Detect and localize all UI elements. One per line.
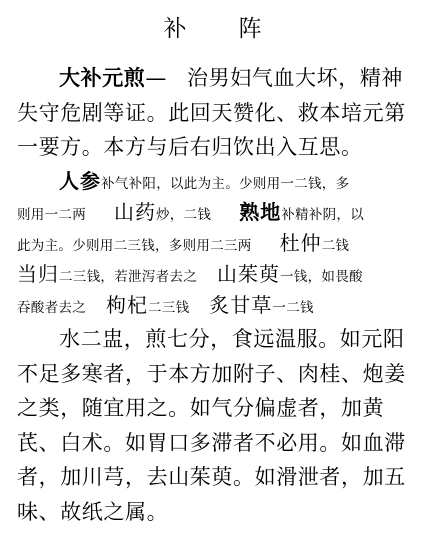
ingredient-line-4: 当归二三钱，若泄泻者去之山茱萸一钱，如畏酸 bbox=[17, 260, 363, 291]
ingredient-name: 当归 bbox=[17, 262, 59, 286]
recipe-intro-text-1: 治男妇气血大坏，精神 bbox=[187, 66, 403, 90]
ingredient-line-2: 则用一二两山药炒，二钱熟地补精补阴，以 bbox=[17, 198, 364, 229]
title-char-2: 阵 bbox=[239, 14, 262, 44]
ingredient-name: 熟地 bbox=[239, 200, 281, 224]
ingredient-name: 山茱萸 bbox=[217, 262, 280, 286]
ingredient-note-cont: 此为主。少则用二三钱，多则用二三两 bbox=[17, 238, 252, 254]
ingredient-name: 人参 bbox=[59, 169, 101, 193]
recipe-name: 大补元煎 bbox=[59, 66, 145, 90]
recipe-intro-line-3: 一要方。本方与后右归饮出入互思。 bbox=[17, 133, 363, 161]
ingredient-note: 补气补阳，以此为主。少则用一二钱，多 bbox=[101, 176, 349, 192]
ingredient-note: 二三钱，若泄泻者去之 bbox=[59, 269, 197, 285]
recipe-dash: — bbox=[145, 66, 167, 90]
directions-line-1: 水二盅，煎七分，食远温服。如元阳 bbox=[59, 325, 405, 353]
ingredient-note: 二三钱 bbox=[148, 300, 189, 316]
recipe-intro-line-1: 大补元煎—治男妇气血大坏，精神 bbox=[59, 64, 403, 92]
ingredient-line-3: 此为主。少则用二三钱，多则用二三两杜仲二钱 bbox=[17, 229, 349, 260]
ingredient-note: 炒，二钱 bbox=[156, 207, 211, 223]
ingredient-line-5: 吞酸者去之枸杞二三钱炙甘草一二钱 bbox=[17, 291, 314, 322]
ingredient-note: 一二钱 bbox=[272, 300, 313, 316]
directions-line-4: 芪、白术。如胃口多滞者不必用。如血滞 bbox=[17, 429, 406, 457]
ingredient-name: 山药 bbox=[114, 200, 156, 224]
ingredient-line-1: 人参补气补阳，以此为主。少则用一二钱，多 bbox=[59, 167, 349, 198]
directions-line-6: 味、故纸之属。 bbox=[17, 498, 168, 526]
ingredient-name: 杜仲 bbox=[280, 231, 322, 255]
ingredient-note: 一钱，如畏酸 bbox=[280, 269, 363, 285]
ingredient-note: 二钱 bbox=[322, 238, 350, 254]
recipe-intro-line-2: 失守危剧等证。此回天赞化、救本培元第 bbox=[17, 99, 406, 127]
page-title: 补阵 bbox=[0, 14, 425, 44]
directions-line-5: 者，加川芎，去山茱萸。如滑泄者，加五 bbox=[17, 463, 406, 491]
directions-line-3: 之类，随宜用之。如气分偏虚者，加黄 bbox=[17, 394, 384, 422]
ingredient-name: 枸杞 bbox=[106, 293, 148, 317]
directions-line-2: 不足多寒者，于本方加附子、肉桂、炮姜 bbox=[17, 360, 406, 388]
ingredient-note: 补精补阴，以 bbox=[281, 207, 364, 223]
ingredient-note-cont: 则用一二两 bbox=[17, 207, 86, 223]
title-char-1: 补 bbox=[164, 14, 187, 44]
ingredient-note-cont: 吞酸者去之 bbox=[17, 300, 86, 316]
ingredient-name: 炙甘草 bbox=[209, 293, 272, 317]
